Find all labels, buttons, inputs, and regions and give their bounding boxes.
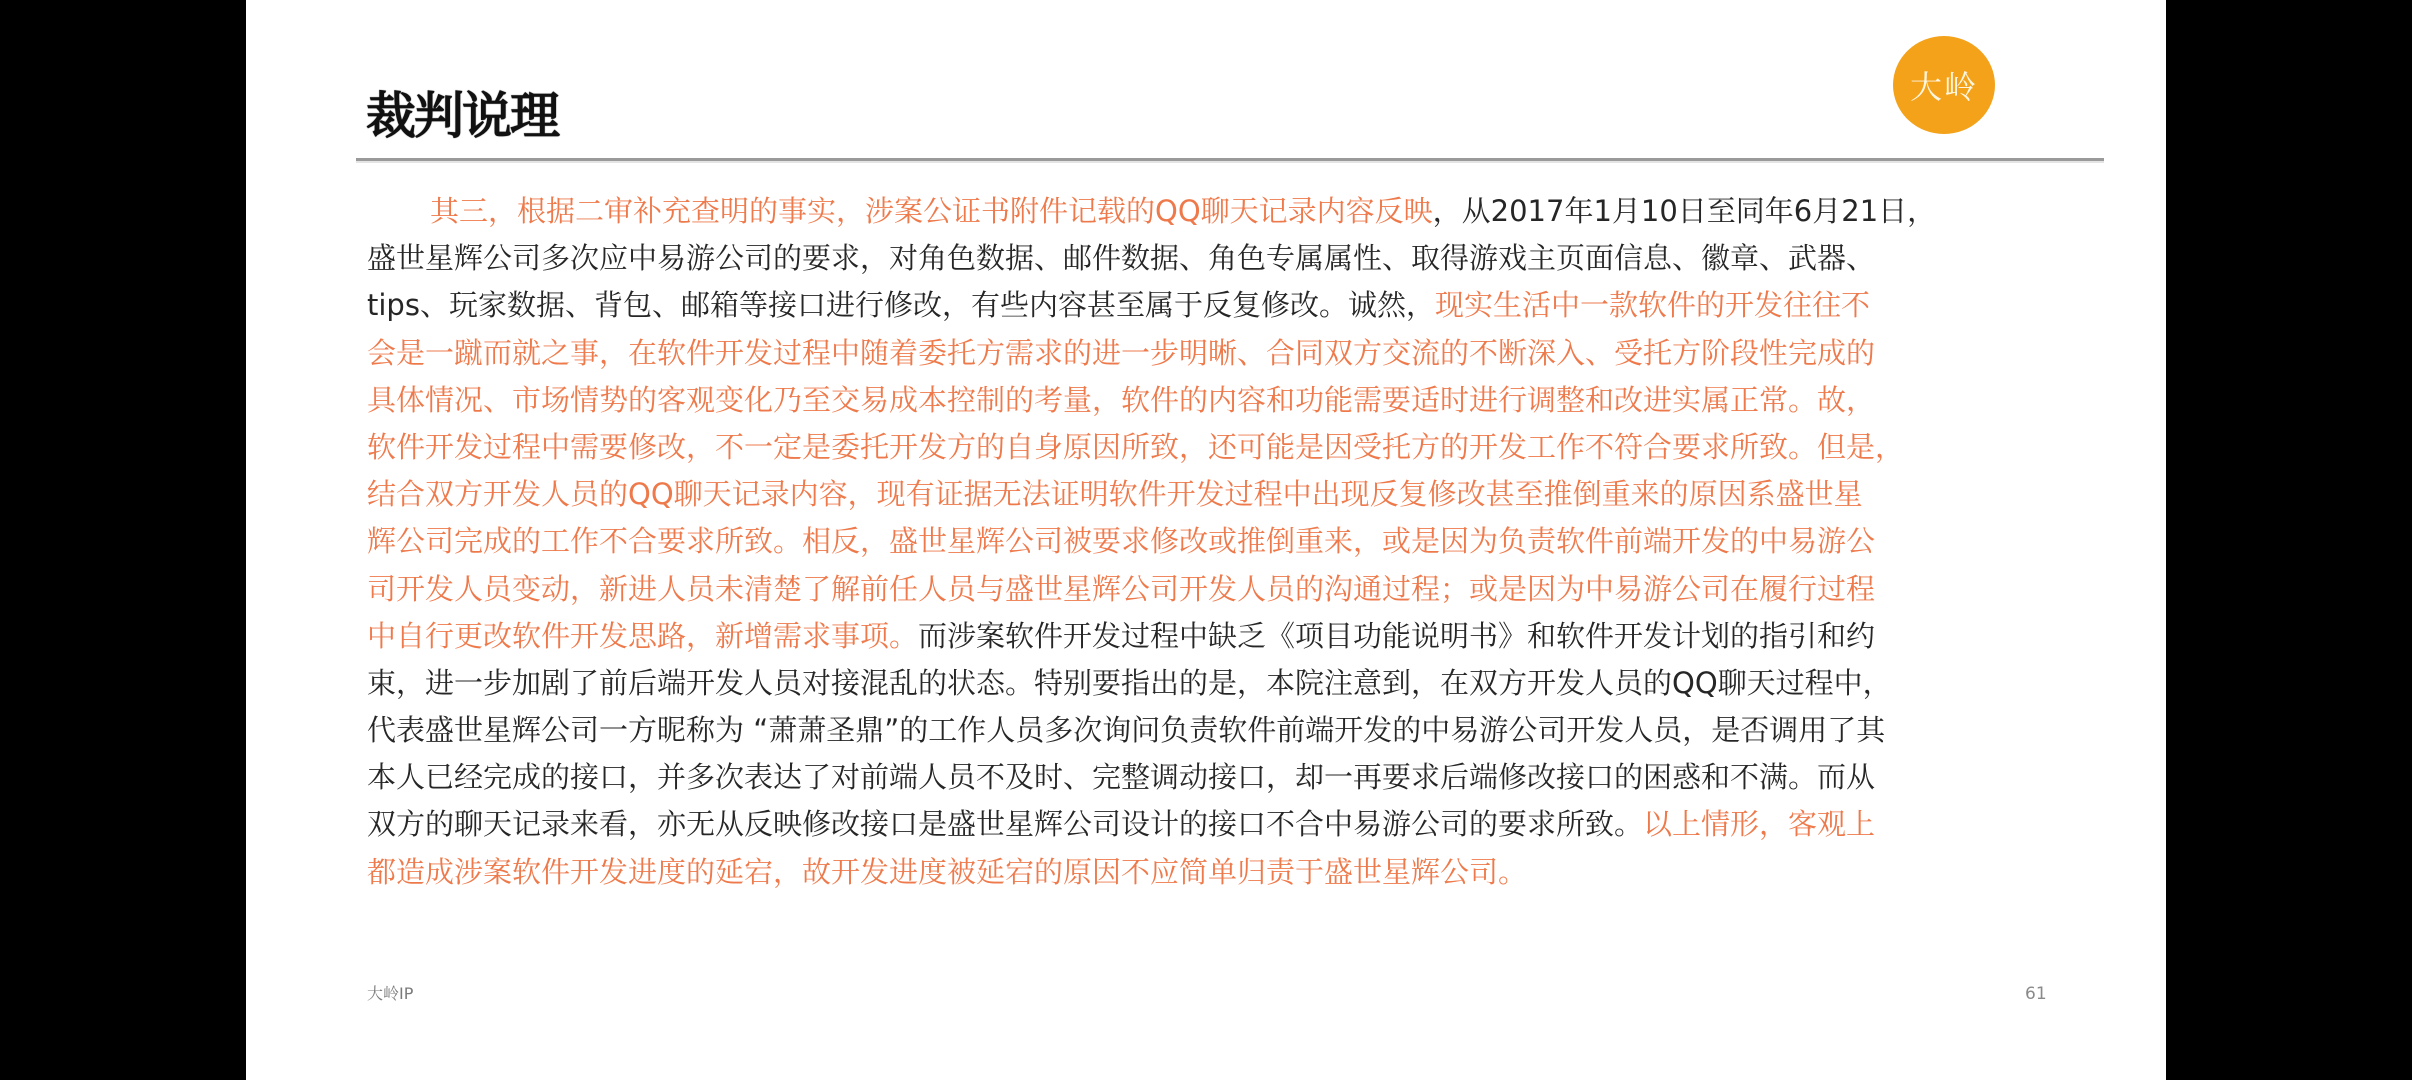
text-line: tips、玩家数据、背包、邮箱等接口进行修改，有些内容甚至属于反复修改。诚然，现… (367, 282, 2057, 329)
text-segment: 结合双方开发人员的QQ聊天记录内容，现有证据无法证明软件开发过程中出现反复修改甚… (367, 477, 1863, 511)
text-segment: 辉公司完成的工作不合要求所致。相反，盛世星辉公司被要求修改或推倒重来，或是因为负… (367, 524, 1875, 558)
text-segment: 本人已经完成的接口，并多次表达了对前端人员不及时、完整调动接口，却一再要求后端修… (367, 760, 1875, 794)
text-line: 软件开发过程中需要修改，不一定是委托开发方的自身原因所致，还可能是因受托方的开发… (367, 424, 2057, 471)
text-segment: 而涉案软件开发过程中缺乏《项目功能说明书》和软件开发计划的指引和约 (918, 619, 1875, 653)
text-line: 盛世星辉公司多次应中易游公司的要求，对角色数据、邮件数据、角色专属属性、取得游戏… (367, 235, 2057, 282)
text-segment: 束，进一步加剧了前后端开发人员对接混乱的状态。特别要指出的是，本院注意到，在双方… (367, 666, 1892, 700)
text-segment: 代表盛世星辉公司一方昵称为 “萧萧圣鼎”的工作人员多次询问负责软件前端开发的中易… (367, 713, 1885, 747)
page-number: 61 (2025, 984, 2047, 1004)
text-segment: 具体情况、市场情势的客观变化乃至交易成本控制的考量，软件的内容和功能需要适时进行… (367, 383, 1875, 417)
judgment-paragraph: 其三，根据二审补充查明的事实，涉案公证书附件记载的QQ聊天记录内容反映，从201… (367, 188, 2057, 896)
footer-brand-label: 大岭IP (367, 985, 413, 1003)
text-line: 会是一蹴而就之事，在软件开发过程中随着委托方需求的进一步明晰、合同双方交流的不断… (367, 330, 2057, 377)
screen: 裁判说理 大岭 其三，根据二审补充查明的事实，涉案公证书附件记载的QQ聊天记录内… (0, 0, 2412, 1080)
text-line: 代表盛世星辉公司一方昵称为 “萧萧圣鼎”的工作人员多次询问负责软件前端开发的中易… (367, 707, 2057, 754)
text-segment: 中自行更改软件开发思路，新增需求事项。 (367, 619, 918, 653)
logo-text: 大岭 (1910, 62, 1978, 108)
text-line: 其三，根据二审补充查明的事实，涉案公证书附件记载的QQ聊天记录内容反映，从201… (367, 188, 2057, 235)
text-line: 司开发人员变动，新进人员未清楚了解前任人员与盛世星辉公司开发人员的沟通过程；或是… (367, 566, 2057, 613)
text-segment: 其三，根据二审补充查明的事实，涉案公证书附件记载的QQ聊天记录内容反映 (430, 194, 1433, 228)
text-segment: 司开发人员变动，新进人员未清楚了解前任人员与盛世星辉公司开发人员的沟通过程；或是… (367, 572, 1875, 606)
text-line: 都造成涉案软件开发进度的延宕，故开发进度被延宕的原因不应简单归责于盛世星辉公司。 (367, 849, 2057, 896)
text-line: 束，进一步加剧了前后端开发人员对接混乱的状态。特别要指出的是，本院注意到，在双方… (367, 660, 2057, 707)
text-segment: 盛世星辉公司多次应中易游公司的要求，对角色数据、邮件数据、角色专属属性、取得游戏… (367, 241, 1875, 275)
text-segment: 软件开发过程中需要修改，不一定是委托开发方的自身原因所致，还可能是因受托方的开发… (367, 430, 1904, 464)
text-line: 具体情况、市场情势的客观变化乃至交易成本控制的考量，软件的内容和功能需要适时进行… (367, 377, 2057, 424)
text-segment: 以上情形，客观上 (1643, 807, 1875, 841)
text-segment: ，从2017年1月10日至同年6月21日， (1433, 194, 1937, 228)
title-divider-shadow (356, 161, 2104, 163)
text-line: 中自行更改软件开发思路，新增需求事项。而涉案软件开发过程中缺乏《项目功能说明书》… (367, 613, 2057, 660)
logo-badge-icon: 大岭 (1893, 36, 1995, 134)
text-line: 辉公司完成的工作不合要求所致。相反，盛世星辉公司被要求修改或推倒重来，或是因为负… (367, 518, 2057, 565)
text-line: 结合双方开发人员的QQ聊天记录内容，现有证据无法证明软件开发过程中出现反复修改甚… (367, 471, 2057, 518)
text-segment: 都造成涉案软件开发进度的延宕，故开发进度被延宕的原因不应简单归责于盛世星辉公司。 (367, 855, 1527, 889)
text-segment: tips、玩家数据、背包、邮箱等接口进行修改，有些内容甚至属于反复修改。诚然， (367, 288, 1435, 322)
text-segment: 双方的聊天记录来看，亦无从反映修改接口是盛世星辉公司设计的接口不合中易游公司的要… (367, 807, 1643, 841)
text-segment: 会是一蹴而就之事，在软件开发过程中随着委托方需求的进一步明晰、合同双方交流的不断… (367, 336, 1875, 370)
text-segment: 现实生活中一款软件的开发往往不 (1435, 288, 1870, 322)
slide-title: 裁判说理 (366, 86, 558, 146)
text-line: 双方的聊天记录来看，亦无从反映修改接口是盛世星辉公司设计的接口不合中易游公司的要… (367, 801, 2057, 848)
presentation-slide: 裁判说理 大岭 其三，根据二审补充查明的事实，涉案公证书附件记载的QQ聊天记录内… (246, 0, 2166, 1080)
text-line: 本人已经完成的接口，并多次表达了对前端人员不及时、完整调动接口，却一再要求后端修… (367, 754, 2057, 801)
